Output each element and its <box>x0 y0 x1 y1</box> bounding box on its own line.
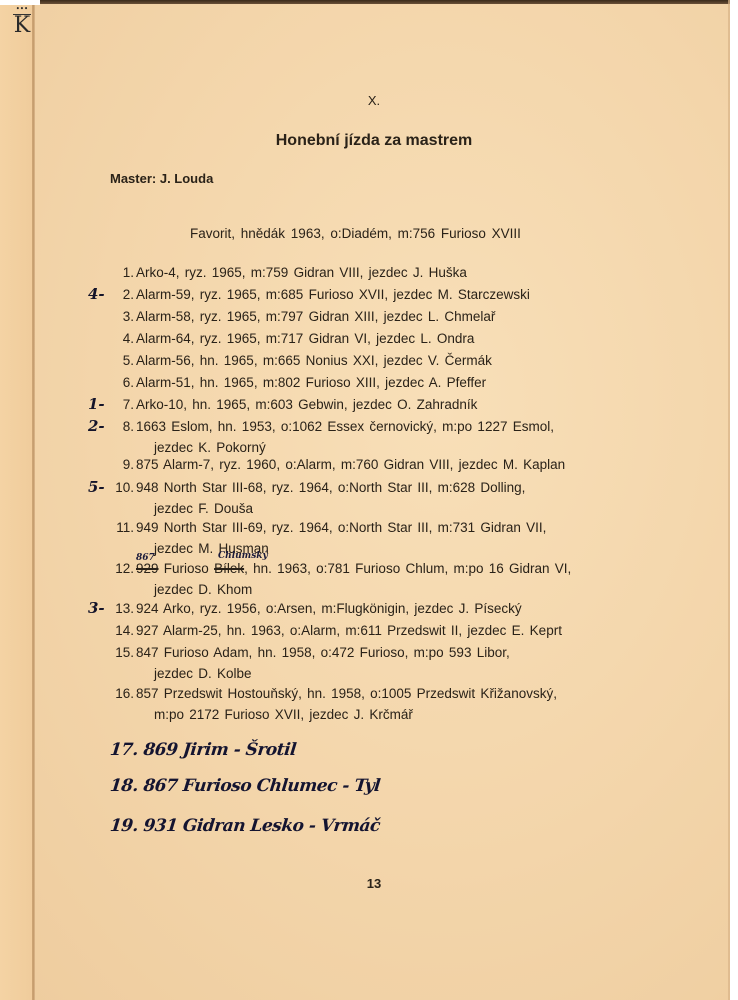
entry-number: 2. <box>100 284 134 305</box>
binding-fold <box>32 0 35 1000</box>
entry-number: 5. <box>100 350 134 371</box>
scan-margin <box>730 0 738 1000</box>
binding-shadow <box>0 0 32 1000</box>
entry-line-2: m:po 2172 Furioso XVII, jezdec J. Krčmář <box>136 704 616 725</box>
entry-line-1: 857 Przedswit Hostouňský, hn. 1958, o:10… <box>136 686 557 701</box>
entry-text: 857 Przedswit Hostouňský, hn. 1958, o:10… <box>136 683 616 725</box>
entry-text: 948 North Star III-68, ryz. 1964, o:Nort… <box>136 477 616 519</box>
entry-line-1: 1663 Eslom, hn. 1953, o:1062 Essex černo… <box>136 419 554 434</box>
entry-line-2: jezdec F. Douša <box>136 498 616 519</box>
entry-text: 924 Arko, ryz. 1956, o:Arsen, m:Flugköni… <box>136 598 616 619</box>
entry-line-1-rest: , hn. 1963, o:781 Furioso Chlum, m:po 16… <box>244 561 571 576</box>
entry-number: 6. <box>100 372 134 393</box>
entry-number: 1. <box>100 262 134 283</box>
entry-number: 4. <box>100 328 134 349</box>
entry-text: Arko-10, hn. 1965, m:603 Gebwin, jezdec … <box>136 394 616 415</box>
handwritten-entry: 18. 867 Furioso Chlumec - Tyl <box>109 776 381 796</box>
entry-text: Arko-4, ryz. 1965, m:759 Gidran VIII, je… <box>136 262 616 283</box>
entry-number: 7. <box>100 394 134 415</box>
horse-name-prefix: Furioso <box>164 561 209 576</box>
entry-number: 10. <box>100 477 134 498</box>
entry-text: 847 Furioso Adam, hn. 1958, o:472 Furios… <box>136 642 616 684</box>
entry-text: 875 Alarm-7, ryz. 1960, o:Alarm, m:760 G… <box>136 454 616 475</box>
entry-number: 15. <box>100 642 134 663</box>
entry-number: 8. <box>100 416 134 437</box>
entry-text: Alarm-59, ryz. 1965, m:685 Furioso XVII,… <box>136 284 616 305</box>
page-top-edge <box>0 0 738 4</box>
entry-text: Alarm-58, ryz. 1965, m:797 Gidran XIII, … <box>136 306 616 327</box>
handwritten-correction-name: Chlumský <box>218 546 268 567</box>
handwritten-entry: 19. 931 Gidran Lesko - Vrmáč <box>109 816 381 836</box>
entry-text: Alarm-64, ryz. 1965, m:717 Gidran VI, je… <box>136 328 616 349</box>
entry-text: Alarm-51, hn. 1965, m:802 Furioso XIII, … <box>136 372 616 393</box>
entry-line-1: 948 North Star III-68, ryz. 1964, o:Nort… <box>136 480 525 495</box>
page-title: Honební jízda za mastrem <box>0 132 738 150</box>
entry-number: 11. <box>100 517 134 538</box>
entry-line-1: 847 Furioso Adam, hn. 1958, o:472 Furios… <box>136 645 510 660</box>
entry-number: 9. <box>100 454 134 475</box>
library-logo: ••• K <box>11 6 33 37</box>
entry-text: 927 Alarm-25, hn. 1963, o:Alarm, m:611 P… <box>136 620 616 641</box>
entry-number: 14. <box>100 620 134 641</box>
favorit-line: Favorit, hnědák 1963, o:Diadém, m:756 Fu… <box>190 226 521 241</box>
master-line: Master: J. Louda <box>110 171 213 186</box>
entry-number: 16. <box>100 683 134 704</box>
logo-letter: K <box>11 15 33 37</box>
handwritten-entry: 17. 869 Jirim - Šrotil <box>109 740 297 760</box>
crown-icon: ••• <box>11 6 33 13</box>
entry-text: Alarm-56, hn. 1965, m:665 Nonius XXI, je… <box>136 350 616 371</box>
entry-line-2: jezdec D. Khom <box>136 579 616 600</box>
entry-text: 867 Chlumský 929 Furioso Bílek, hn. 1963… <box>136 558 616 600</box>
handwritten-correction-number: 867 <box>136 548 155 569</box>
entry-text: 1663 Eslom, hn. 1953, o:1062 Essex černo… <box>136 416 616 458</box>
entry-text: 949 North Star III-69, ryz. 1964, o:Nort… <box>136 517 616 559</box>
entry-line-1: 949 North Star III-69, ryz. 1964, o:Nort… <box>136 520 546 535</box>
section-numeral: X. <box>0 93 738 108</box>
document-page: ••• K X. Honební jízda za mastrem Master… <box>0 0 738 1000</box>
entry-number: 13. <box>100 598 134 619</box>
entry-number: 3. <box>100 306 134 327</box>
page-number: 13 <box>0 876 738 891</box>
entry-number: 12. <box>100 558 134 579</box>
entry-line-2: jezdec D. Kolbe <box>136 663 616 684</box>
entry-line-2: jezdec M. Husman <box>136 538 616 559</box>
